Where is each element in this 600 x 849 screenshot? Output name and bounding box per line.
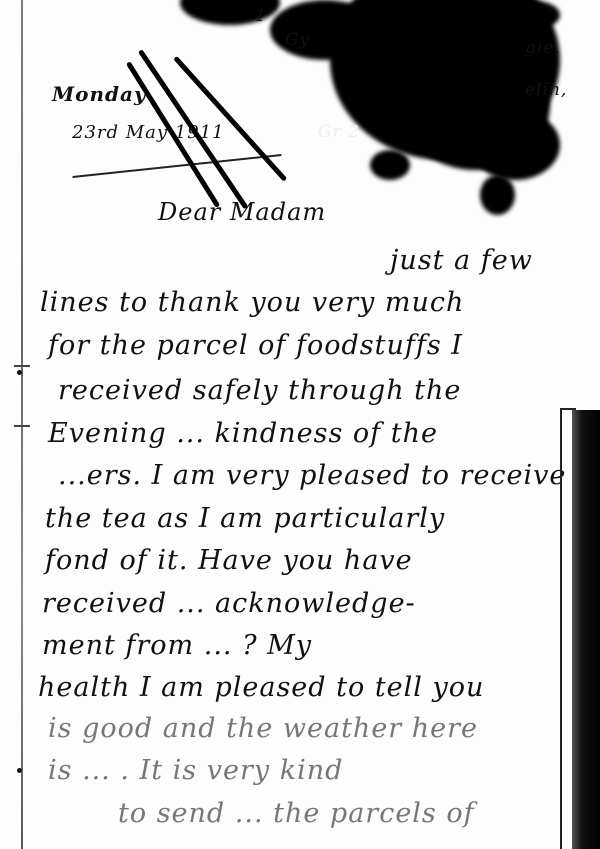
body-line: just a few [390,245,533,276]
body-line: is good and the weather here [48,713,478,744]
margin-tick [14,365,30,367]
dateline-day: Monday [52,82,147,106]
body-line: Evening ... kindness of the [48,418,438,449]
margin-dot [17,370,22,375]
body-line: received ... acknowledge- [42,588,416,619]
body-line: to send ... the parcels of [118,798,475,829]
date-underline [72,154,281,178]
body-line: fond of it. Have you have [45,545,413,576]
body-line: lines to thank you very much [40,287,464,318]
body-line: ment from ... ? My [42,630,312,661]
header-fragment: elin, [525,80,567,100]
body-line: the tea as I am particularly [45,503,445,534]
body-line: received safely through the [58,375,461,406]
body-line: ...ers. I am very pleased to receive [58,460,566,491]
header-fragment: gie, [525,38,561,58]
margin-dot [17,768,22,773]
header-fragment: Gr 2 [318,122,360,142]
letter-page: 1 Gy gie, elin, Gr 2 Monday 23rd May 191… [0,0,600,849]
body-line: health I am pleased to tell you [38,672,484,703]
margin-tick [14,425,30,427]
page-binding-edge [572,410,600,849]
body-line: is ... . It is very kind [48,755,343,786]
body-line: for the parcel of foodstuffs I [48,330,463,361]
salutation: Dear Madam [158,198,326,226]
header-fragment: Gy [285,30,310,50]
header-number: 1 [255,6,267,26]
